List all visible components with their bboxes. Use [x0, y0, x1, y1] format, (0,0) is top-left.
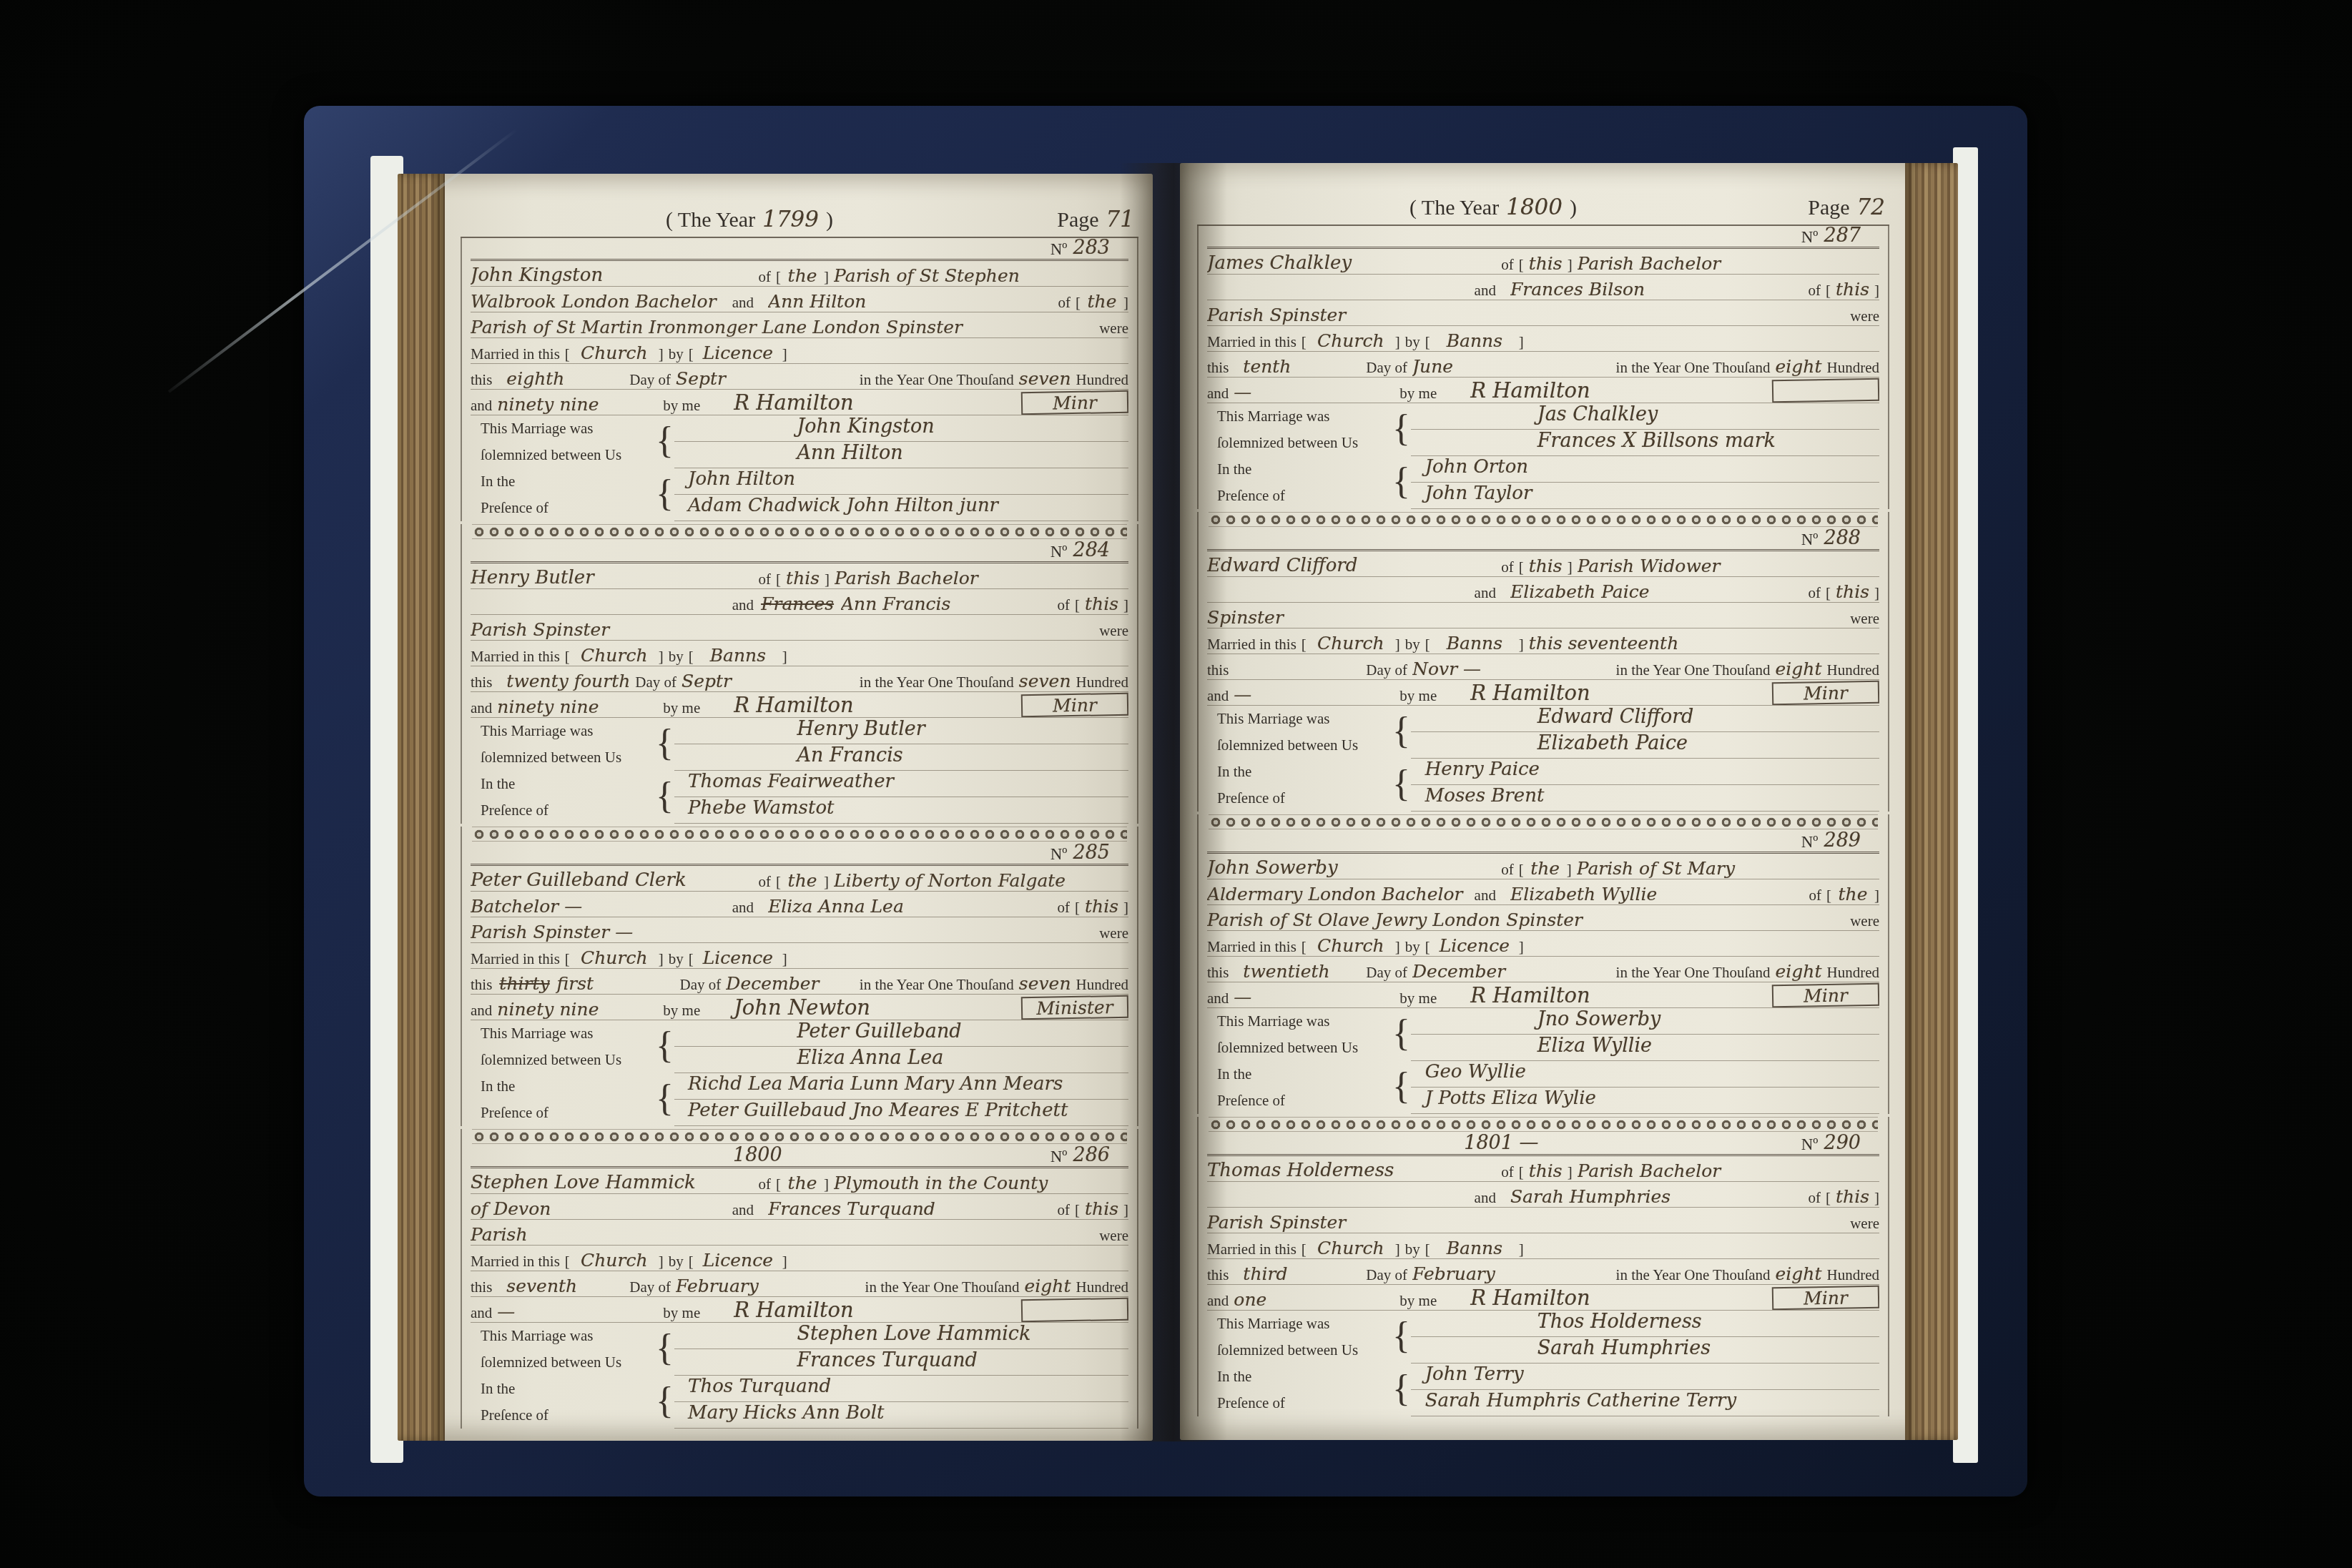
groom-line: Peter Guilleband Clerk of [ the ] Libert…: [471, 866, 1128, 892]
by-label: by: [1405, 1241, 1420, 1258]
groom-name: Stephen Love Hammick: [471, 1172, 754, 1193]
entry-number: 285: [1073, 843, 1110, 864]
and-label: and: [732, 1201, 754, 1219]
parish-continuation: Batchelor —: [471, 896, 727, 917]
married-line: Married in this [ Church ] by [ Banns ] …: [1207, 628, 1879, 654]
bracket-close: ]: [1568, 558, 1573, 576]
witness-line-2: Peter Guillebaud Jno Meares E Pritchett: [674, 1100, 1128, 1126]
brace-glyph: {: [1392, 706, 1408, 759]
method-value: Banns: [1435, 1238, 1514, 1258]
brace-glyph: {: [1392, 1364, 1408, 1416]
of-label: of: [759, 1175, 772, 1193]
solemnized-block: This Marriage was ſolemnized between Us …: [1207, 1008, 1879, 1061]
and-label: and: [1207, 687, 1229, 705]
and-label: and: [471, 1002, 492, 1020]
married-in-this-label: Married in this: [471, 648, 560, 666]
and-label: and: [471, 397, 492, 415]
bride-parish: Parish: [471, 1224, 1094, 1245]
groom-name: John Sowerby: [1207, 857, 1496, 879]
solemnized-block: This Marriage was ſolemnized between Us …: [471, 718, 1128, 771]
year-words: —: [1234, 987, 1394, 1007]
in-the-year-label: in the Year One Thouſand: [865, 1278, 1020, 1296]
groom-line: John Kingston of [ the ] Parish of St St…: [471, 261, 1128, 287]
bride-signature: Sarah Humphries: [1411, 1337, 1879, 1364]
of-word: the: [1836, 884, 1869, 904]
century-word: eight: [1776, 1263, 1822, 1284]
page-label: Page: [1057, 208, 1098, 232]
minister-line: and ninety nine by me John Newton Minist…: [471, 995, 1128, 1020]
bride-line: and Sarah Humphries of [ this ]: [1207, 1182, 1879, 1208]
year-title-suffix: ): [826, 208, 833, 232]
entry-number-row: 1801 — Nº290: [1207, 1133, 1879, 1156]
of-word: this: [1836, 581, 1869, 602]
month-value: Novr —: [1412, 659, 1610, 679]
brace-glyph: {: [1392, 1311, 1408, 1364]
married-in-value: Church: [1312, 633, 1390, 654]
entry-number: 284: [1073, 541, 1110, 561]
bride-signature: Elizabeth Paice: [1411, 732, 1879, 759]
this-label: this: [471, 674, 492, 691]
in-the-year-label: in the Year One Thouſand: [1616, 1266, 1771, 1284]
bride-name: Eliza Anna Lea: [768, 896, 1052, 917]
bracket-open: [: [689, 648, 694, 666]
date-line: this tenth Day of June in the Year One T…: [1207, 352, 1879, 378]
married-line: Married in this [ Church ] by [ Banns ]: [471, 641, 1128, 666]
in-the-year-label: in the Year One Thouſand: [860, 674, 1014, 691]
minister-signature: R Hamilton: [705, 693, 1016, 717]
entry-number-row: 1800 Nº286: [471, 1145, 1128, 1168]
marriage-entry: 1801 — Nº290 Thomas Holderness of [ this…: [1197, 1117, 1889, 1416]
brace-glyph: {: [1392, 403, 1408, 456]
entry-number-label: Nº: [1801, 228, 1819, 247]
bride-name: Frances Turquand: [768, 1198, 1052, 1219]
in-the-label: In the: [1217, 1369, 1389, 1384]
brace-glyph: {: [1392, 456, 1408, 509]
by-label: by: [1405, 333, 1420, 351]
year-words: —: [1234, 382, 1394, 403]
solemnized-block: This Marriage was ſolemnized between Us …: [471, 1323, 1128, 1376]
entry-year-note: 1800: [471, 1145, 1045, 1166]
married-in-value: Church: [1312, 1238, 1390, 1258]
month-value: Septr: [682, 671, 855, 691]
page-71: ( The Year 1799 ) Page 71 Nº283 John Kin…: [398, 174, 1153, 1441]
in-the-label: In the: [481, 776, 653, 792]
date-line: this third Day of February in the Year O…: [1207, 1259, 1879, 1285]
bracket-open: [: [1425, 333, 1430, 351]
bracket-close: ]: [1395, 938, 1400, 956]
groom-name: John Kingston: [471, 265, 754, 286]
ornament-divider: [472, 1129, 1127, 1144]
this-label: this: [471, 976, 492, 994]
bracket-open: [: [1302, 636, 1307, 654]
of-label: of: [759, 268, 772, 286]
groom-line: Thomas Holderness of [ this ] Parish Bac…: [1207, 1156, 1879, 1182]
of-word: this: [1085, 1198, 1118, 1219]
groom-parish: Parish of St Mary: [1577, 858, 1879, 879]
of-word: the: [1529, 858, 1562, 879]
solemnized-block: This Marriage was ſolemnized between Us …: [471, 415, 1128, 468]
bracket-open: [: [1826, 282, 1831, 300]
minister-title-box: Minr: [1021, 693, 1128, 718]
entry-number-row: Nº288: [1207, 528, 1879, 551]
and-label: and: [1207, 385, 1229, 403]
bride-line: Aldermary London Bachelor and Elizabeth …: [1207, 879, 1879, 905]
by-me-label: by me: [1399, 687, 1437, 705]
bracket-close: ]: [782, 648, 787, 666]
bracket-open: [: [776, 873, 781, 891]
hundred-label: Hundred: [1076, 1278, 1128, 1296]
presence-of-label: Preſence of: [481, 1408, 653, 1423]
date-line: this thirty first Day of December in the…: [471, 969, 1128, 995]
minister-title: Minr: [1053, 392, 1097, 413]
in-the-year-label: in the Year One Thouſand: [1616, 964, 1771, 982]
witness-line-2: J Potts Eliza Wylie: [1411, 1088, 1879, 1114]
marriage-was-label: This Marriage was: [1217, 1316, 1389, 1331]
bracket-open: [: [1826, 887, 1831, 904]
groom-signature: Jno Sowerby: [1411, 1008, 1879, 1035]
bracket-close: ]: [1123, 294, 1128, 312]
were-label: were: [1850, 307, 1879, 325]
solemnized-label: ſolemnized between Us: [481, 1355, 653, 1370]
day-of-label: Day of: [635, 674, 676, 691]
and-label: and: [732, 294, 754, 312]
presence-of-label: Preſence of: [481, 803, 653, 818]
witness-line-2: Phebe Wamstot: [674, 797, 1128, 824]
bracket-open: [: [1076, 294, 1081, 312]
brace-glyph: {: [656, 1323, 671, 1376]
groom-signature: John Kingston: [674, 415, 1128, 442]
hundred-label: Hundred: [1076, 976, 1128, 994]
brace-glyph: {: [1392, 1061, 1408, 1114]
parish-continuation: of Devon: [471, 1198, 727, 1219]
bride-parish-line: Spinster were: [1207, 603, 1879, 628]
bracket-close: ]: [782, 1253, 787, 1271]
presence-of-label: Preſence of: [1217, 791, 1389, 806]
bride-line: Batchelor — and Eliza Anna Lea of [ this…: [471, 892, 1128, 917]
minister-line: and — by me R Hamilton Minr: [1207, 680, 1879, 706]
presence-of-label: Preſence of: [481, 1105, 653, 1120]
bracket-open: [: [1425, 1241, 1430, 1258]
bride-line: and Frances Ann Francis of [ this ]: [471, 589, 1128, 615]
bracket-close: ]: [659, 1253, 664, 1271]
groom-line: John Sowerby of [ the ] Parish of St Mar…: [1207, 854, 1879, 879]
of-word: this: [1529, 253, 1563, 274]
in-the-label: In the: [1217, 764, 1389, 779]
witness-line-2: Moses Brent: [1411, 785, 1879, 812]
entry-number-label: Nº: [1801, 833, 1819, 852]
bracket-close: ]: [824, 268, 829, 286]
solemnized-block: This Marriage was ſolemnized between Us …: [1207, 1311, 1879, 1364]
bride-name: Ann Hilton: [768, 291, 1053, 312]
witness-line-2: John Taylor: [1411, 483, 1879, 509]
by-label: by: [669, 1253, 684, 1271]
groom-name: Peter Guilleband Clerk: [471, 869, 754, 891]
bracket-close: ]: [1123, 1201, 1128, 1219]
year-words: —: [1234, 684, 1394, 705]
witness-block: In the Preſence of { Geo Wyllie J Potts …: [1207, 1061, 1879, 1114]
entry-number-row: Nº287: [1207, 226, 1879, 249]
day-value: third: [1243, 1263, 1361, 1284]
in-the-label: In the: [481, 1079, 653, 1094]
bracket-open: [: [1302, 333, 1307, 351]
bracket-close: ]: [824, 1175, 829, 1193]
century-word: eight: [1776, 961, 1822, 982]
page-72: ( The Year 1800 ) Page 72 Nº287 James Ch…: [1180, 163, 1958, 1440]
in-the-label: In the: [1217, 1067, 1389, 1082]
parish-continuation: Aldermary London Bachelor: [1207, 884, 1470, 904]
method-value: Banns: [699, 645, 777, 666]
marriage-entry: 1800 Nº286 Stephen Love Hammick of [ the…: [461, 1129, 1138, 1429]
of-label: of: [759, 873, 772, 891]
bracket-open: [: [1302, 1241, 1307, 1258]
married-line: Married in this [ Church ] by [ Licence …: [471, 1246, 1128, 1271]
month-value: June: [1412, 356, 1610, 377]
witness-line-1: John Hilton: [674, 468, 1128, 495]
groom-signature: Thos Holderness: [1411, 1311, 1879, 1337]
were-label: were: [1850, 1215, 1879, 1233]
hundred-label: Hundred: [1076, 371, 1128, 389]
bride-signature: Ann Hilton: [674, 442, 1128, 468]
marriage-entry: Nº285 Peter Guilleband Clerk of [ the ] …: [461, 827, 1138, 1126]
groom-line: Edward Clifford of [ this ] Parish Widow…: [1207, 551, 1879, 577]
witness-block: In the Preſence of { Richd Lea Maria Lun…: [471, 1073, 1128, 1126]
date-line: this Day of Novr — in the Year One Thouſ…: [1207, 654, 1879, 680]
bracket-open: [: [776, 268, 781, 286]
day-value: eighth: [506, 368, 624, 389]
minister-title-box: Minr: [1772, 983, 1879, 1008]
bracket-close: ]: [1395, 1241, 1400, 1258]
day-of-label: Day of: [1366, 1266, 1407, 1284]
minister-title-box: [1772, 378, 1879, 403]
bracket-close: ]: [1123, 899, 1128, 917]
bride-parish: Parish of St Olave Jewry London Spinster: [1207, 909, 1845, 930]
presence-of-label: Preſence of: [481, 501, 653, 516]
married-in-this-label: Married in this: [471, 1253, 560, 1271]
bracket-open: [: [1826, 1189, 1831, 1207]
year-words: ninety nine: [497, 696, 658, 717]
bride-signature: Frances X Billsons mark: [1411, 430, 1879, 456]
bracket-open: [: [1302, 938, 1307, 956]
solemnized-label: ſolemnized between Us: [481, 750, 653, 765]
married-line: Married in this [ Church ] by [ Licence …: [471, 338, 1128, 364]
marriage-entry: Nº287 James Chalkley of [ this ] Parish …: [1197, 226, 1889, 509]
minister-line: and one by me R Hamilton Minr: [1207, 1285, 1879, 1311]
of-label: of: [1809, 282, 1821, 300]
entries-page-71: Nº283 John Kingston of [ the ] Parish of…: [461, 237, 1138, 1429]
groom-signature: Henry Butler: [674, 718, 1128, 744]
day-struck: thirty: [499, 973, 549, 994]
day-of-label: Day of: [1366, 661, 1407, 679]
bride-line: and Elizabeth Paice of [ this ]: [1207, 577, 1879, 603]
by-label: by: [669, 345, 684, 363]
century-word: seven: [1019, 973, 1071, 994]
month-value: Septr: [676, 368, 855, 389]
day-of-label: Day of: [629, 1278, 671, 1296]
minister-signature: R Hamilton: [1442, 1286, 1767, 1310]
groom-signature: Peter Guilleband: [674, 1020, 1128, 1047]
day-of-label: Day of: [1366, 359, 1407, 377]
bracket-open: [: [565, 1253, 570, 1271]
bracket-close: ]: [1519, 333, 1524, 351]
photo-scene: ( The Year 1799 ) Page 71 Nº283 John Kin…: [0, 0, 2352, 1568]
bracket-close: ]: [782, 345, 787, 363]
and-label: and: [1475, 282, 1496, 300]
bracket-open: [: [776, 571, 781, 588]
of-label: of: [1501, 558, 1514, 576]
day-of-label: Day of: [629, 371, 671, 389]
brace-glyph: {: [656, 468, 671, 521]
bride-line: Walbrook London Bachelor and Ann Hilton …: [471, 287, 1128, 312]
bride-parish-line: Parish Spinster were: [471, 615, 1128, 641]
witness-line-1: John Orton: [1411, 456, 1879, 483]
year-value: 1799: [762, 207, 819, 232]
were-label: were: [1099, 924, 1128, 942]
day-value: tenth: [1243, 356, 1361, 377]
of-label: of: [1058, 596, 1071, 614]
bride-parish-line: Parish of St Martin Ironmonger Lane Lond…: [471, 312, 1128, 338]
married-in-value: Church: [575, 947, 654, 968]
bracket-open: [: [1519, 558, 1524, 576]
entry-number-label: Nº: [1801, 1135, 1819, 1154]
bride-name: Ann Francis: [841, 593, 1052, 614]
entry-number-label: Nº: [1050, 543, 1068, 561]
bride-parish: Parish Spinster: [471, 619, 1094, 640]
and-label: and: [732, 596, 754, 614]
were-label: were: [1099, 1227, 1128, 1245]
month-value: December: [1412, 961, 1610, 982]
method-value: Licence: [699, 947, 777, 968]
groom-name: Henry Butler: [471, 567, 754, 588]
method-value: Licence: [699, 342, 777, 363]
by-me-label: by me: [663, 699, 700, 717]
minister-title: Minr: [1804, 985, 1848, 1006]
of-label: of: [1809, 584, 1821, 602]
year-value: 1800: [1506, 194, 1563, 220]
year-words: ninety nine: [497, 394, 658, 415]
and-label: and: [1207, 1292, 1229, 1310]
of-word: the: [1086, 291, 1118, 312]
parish-continuation: Walbrook London Bachelor: [471, 291, 727, 312]
by-label: by: [669, 950, 684, 968]
presence-of-label: Preſence of: [1217, 1093, 1389, 1108]
bride-name-struck: Frances: [761, 593, 834, 614]
and-label: and: [1475, 1189, 1496, 1207]
by-me-label: by me: [663, 1002, 700, 1020]
groom-name: James Chalkley: [1207, 252, 1496, 274]
marriage-was-label: This Marriage was: [481, 1026, 653, 1041]
page-number: 71: [1106, 207, 1134, 232]
married-line: Married in this [ Church ] by [ Banns ]: [1207, 1233, 1879, 1259]
groom-parish: Parish Bachelor: [835, 568, 1128, 588]
bracket-open: [: [1075, 1201, 1080, 1219]
bride-name: Frances Bilson: [1510, 279, 1804, 300]
minister-title-box: [1021, 1298, 1128, 1323]
brace-glyph: {: [656, 1376, 671, 1429]
method-value: Banns: [1435, 633, 1514, 654]
bride-signature: An Francis: [674, 744, 1128, 771]
bracket-open: [: [1425, 636, 1430, 654]
groom-name: Edward Clifford: [1207, 555, 1496, 576]
married-in-this-label: Married in this: [1207, 333, 1296, 351]
bracket-close: ]: [1519, 636, 1524, 654]
brace-glyph: {: [656, 771, 671, 824]
bracket-close: ]: [1568, 1163, 1573, 1181]
this-label: this: [1207, 661, 1229, 679]
bride-signature: Eliza Wyllie: [1411, 1035, 1879, 1061]
bracket-open: [: [565, 648, 570, 666]
ornament-divider: [1209, 512, 1878, 527]
in-the-year-label: in the Year One Thouſand: [1616, 359, 1771, 377]
of-word: this: [1085, 896, 1118, 917]
hundred-label: Hundred: [1827, 1266, 1879, 1284]
witness-block: In the Preſence of { John Orton John Tay…: [1207, 456, 1879, 509]
groom-parish: Parish Bachelor: [1578, 253, 1879, 274]
groom-line: Henry Butler of [ this ] Parish Bachelor: [471, 563, 1128, 589]
solemnized-label: ſolemnized between Us: [1217, 1343, 1389, 1358]
of-word: this: [1836, 279, 1869, 300]
bracket-close: ]: [1519, 938, 1524, 956]
solemnized-block: This Marriage was ſolemnized between Us …: [1207, 706, 1879, 759]
entry-year-note: 1801 —: [1207, 1133, 1796, 1154]
married-in-value: Church: [575, 1250, 654, 1271]
bracket-close: ]: [659, 950, 664, 968]
ornament-divider: [1209, 1117, 1878, 1132]
bride-parish: Parish Spinster: [1207, 1212, 1845, 1233]
bracket-open: [: [1075, 596, 1080, 614]
method-value: Banns: [1435, 330, 1514, 351]
groom-name: Thomas Holderness: [1207, 1160, 1496, 1181]
month-value: December: [726, 973, 855, 994]
of-label: of: [1058, 294, 1071, 312]
bride-parish-line: Parish of St Olave Jewry London Spinster…: [1207, 905, 1879, 931]
of-label: of: [759, 571, 772, 588]
bracket-open: [: [1519, 1163, 1524, 1181]
minister-signature: R Hamilton: [1442, 681, 1767, 705]
bracket-open: [: [689, 345, 694, 363]
page-number: 72: [1857, 194, 1885, 220]
bracket-open: [: [565, 950, 570, 968]
of-word: the: [786, 870, 819, 891]
minister-signature: R Hamilton: [1442, 378, 1767, 403]
bracket-close: ]: [1519, 1241, 1524, 1258]
day-value: twenty fourth: [506, 671, 630, 691]
entries-page-72: Nº287 James Chalkley of [ this ] Parish …: [1197, 225, 1889, 1416]
year-title-prefix: ( The Year: [666, 208, 755, 232]
day-value: seventh: [506, 1276, 624, 1296]
this-label: this: [1207, 964, 1229, 982]
solemnized-label: ſolemnized between Us: [1217, 738, 1389, 753]
in-the-label: In the: [1217, 462, 1389, 477]
brace-glyph: {: [656, 1073, 671, 1126]
groom-parish: Parish of St Stephen: [834, 265, 1128, 286]
century-word: eight: [1776, 356, 1822, 377]
witness-block: In the Preſence of { John Hilton Adam Ch…: [471, 468, 1128, 521]
date-line: this twenty fourth Day of Septr in the Y…: [471, 666, 1128, 692]
bracket-open: [: [565, 345, 570, 363]
of-word: this: [786, 568, 820, 588]
day-value: twentieth: [1243, 961, 1361, 982]
by-me-label: by me: [1399, 1292, 1437, 1310]
bride-line: and Frances Bilson of [ this ]: [1207, 275, 1879, 300]
bracket-close: ]: [825, 571, 830, 588]
married-in-value: Church: [1312, 935, 1390, 956]
marriage-was-label: This Marriage was: [481, 1328, 653, 1343]
entry-number-label: Nº: [1801, 531, 1819, 549]
bride-name: Elizabeth Wyllie: [1510, 884, 1804, 904]
bracket-open: [: [1075, 899, 1080, 917]
entry-number-label: Nº: [1050, 240, 1068, 259]
bracket-close: ]: [824, 873, 829, 891]
